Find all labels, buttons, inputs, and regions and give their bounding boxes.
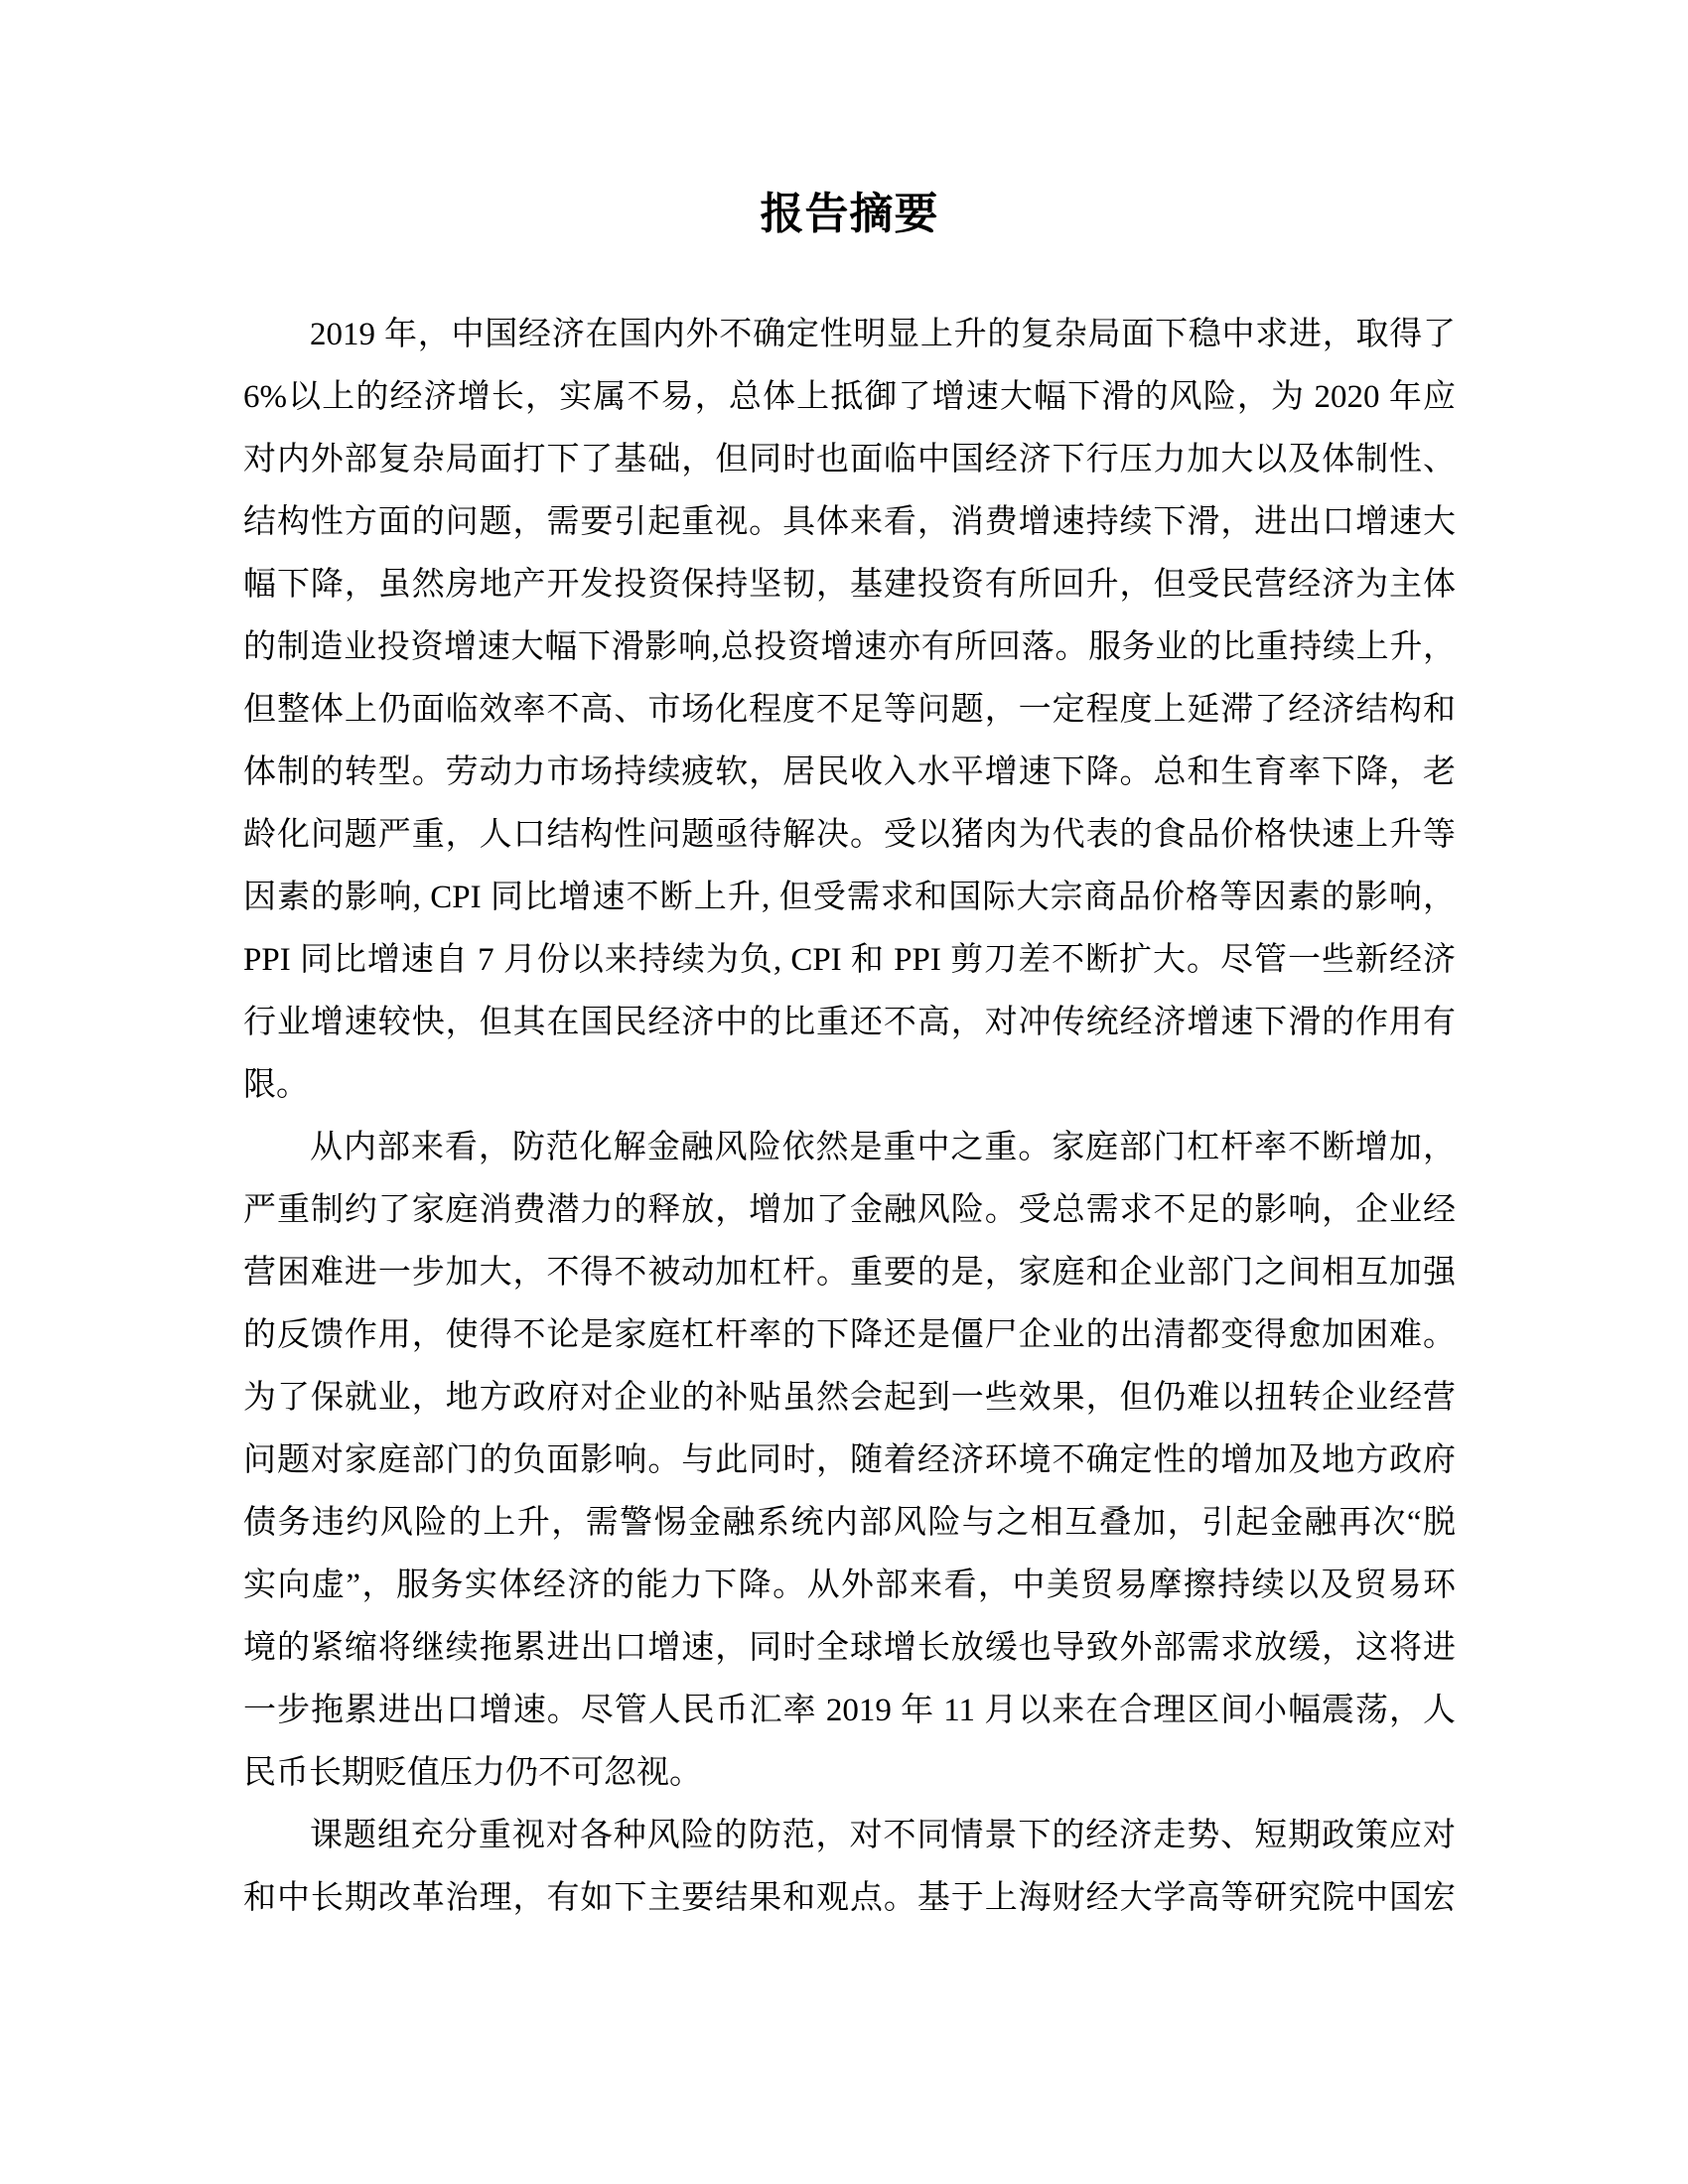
text-line: 但整体上仍面临效率不高、市场化程度不足等问题，一定程度上延滞了经济结构和: [243, 679, 1456, 742]
text-line: 行业增速较快，但其在国民经济中的比重还不高，对冲传统经济增速下滑的作用有: [243, 992, 1456, 1054]
paragraph: 从内部来看，防范化解金融风险依然是重中之重。家庭部门杠杆率不断增加，严重制约了家…: [243, 1117, 1456, 1805]
text-line: 的反馈作用，使得不论是家庭杠杆率的下降还是僵尸企业的出清都变得愈加困难。: [243, 1304, 1456, 1367]
text-line: 债务违约风险的上升，需警惕金融系统内部风险与之相互叠加，引起金融再次“脱: [243, 1492, 1456, 1555]
text-line: 幅下降，虽然房地产开发投资保持坚韧，基建投资有所回升，但受民营经济为主体: [243, 554, 1456, 616]
text-line: 境的紧缩将继续拖累进出口增速，同时全球增长放缓也导致外部需求放缓，这将进: [243, 1617, 1456, 1680]
text-line: 和中长期改革治理，有如下主要结果和观点。基于上海财经大学高等研究院中国宏: [243, 1867, 1456, 1930]
text-line: 结构性方面的问题，需要引起重视。具体来看，消费增速持续下滑，进出口增速大: [243, 491, 1456, 554]
text-line: PPI 同比增速自 7 月份以来持续为负, CPI 和 PPI 剪刀差不断扩大。…: [243, 929, 1456, 992]
text-line: 问题对家庭部门的负面影响。与此同时，随着经济环境不确定性的增加及地方政府: [243, 1430, 1456, 1492]
text-line: 2019 年，中国经济在国内外不确定性明显上升的复杂局面下稳中求进，取得了: [243, 304, 1456, 366]
text-line: 的制造业投资增速大幅下滑影响,总投资增速亦有所回落。服务业的比重持续上升，: [243, 616, 1456, 679]
document-title: 报告摘要: [243, 185, 1456, 244]
text-line: 体制的转型。劳动力市场持续疲软，居民收入水平增速下降。总和生育率下降，老: [243, 742, 1456, 804]
text-line: 民币长期贬值压力仍不可忽视。: [243, 1742, 1456, 1805]
paragraph: 课题组充分重视对各种风险的防范，对不同情景下的经济走势、短期政策应对和中长期改革…: [243, 1805, 1456, 1930]
text-line: 严重制约了家庭消费潜力的释放，增加了金融风险。受总需求不足的影响，企业经: [243, 1179, 1456, 1242]
text-line: 从内部来看，防范化解金融风险依然是重中之重。家庭部门杠杆率不断增加，: [243, 1117, 1456, 1179]
text-line: 实向虚”，服务实体经济的能力下降。从外部来看，中美贸易摩擦持续以及贸易环: [243, 1555, 1456, 1617]
text-line: 6%以上的经济增长，实属不易，总体上抵御了增速大幅下滑的风险，为 2020 年应: [243, 366, 1456, 429]
document-page: 报告摘要 2019 年，中国经济在国内外不确定性明显上升的复杂局面下稳中求进，取…: [243, 185, 1456, 1930]
text-line: 一步拖累进出口增速。尽管人民币汇率 2019 年 11 月以来在合理区间小幅震荡…: [243, 1680, 1456, 1742]
text-line: 课题组充分重视对各种风险的防范，对不同情景下的经济走势、短期政策应对: [243, 1805, 1456, 1867]
text-line: 营困难进一步加大，不得不被动加杠杆。重要的是，家庭和企业部门之间相互加强: [243, 1242, 1456, 1304]
text-line: 因素的影响, CPI 同比增速不断上升, 但受需求和国际大宗商品价格等因素的影响…: [243, 867, 1456, 929]
paragraph: 2019 年，中国经济在国内外不确定性明显上升的复杂局面下稳中求进，取得了6%以…: [243, 304, 1456, 1117]
text-line: 龄化问题严重，人口结构性问题亟待解决。受以猪肉为代表的食品价格快速上升等: [243, 804, 1456, 867]
text-line: 限。: [243, 1054, 1456, 1117]
document-body: 2019 年，中国经济在国内外不确定性明显上升的复杂局面下稳中求进，取得了6%以…: [243, 304, 1456, 1930]
text-line: 为了保就业，地方政府对企业的补贴虽然会起到一些效果，但仍难以扭转企业经营: [243, 1367, 1456, 1430]
text-line: 对内外部复杂局面打下了基础，但同时也面临中国经济下行压力加大以及体制性、: [243, 429, 1456, 491]
